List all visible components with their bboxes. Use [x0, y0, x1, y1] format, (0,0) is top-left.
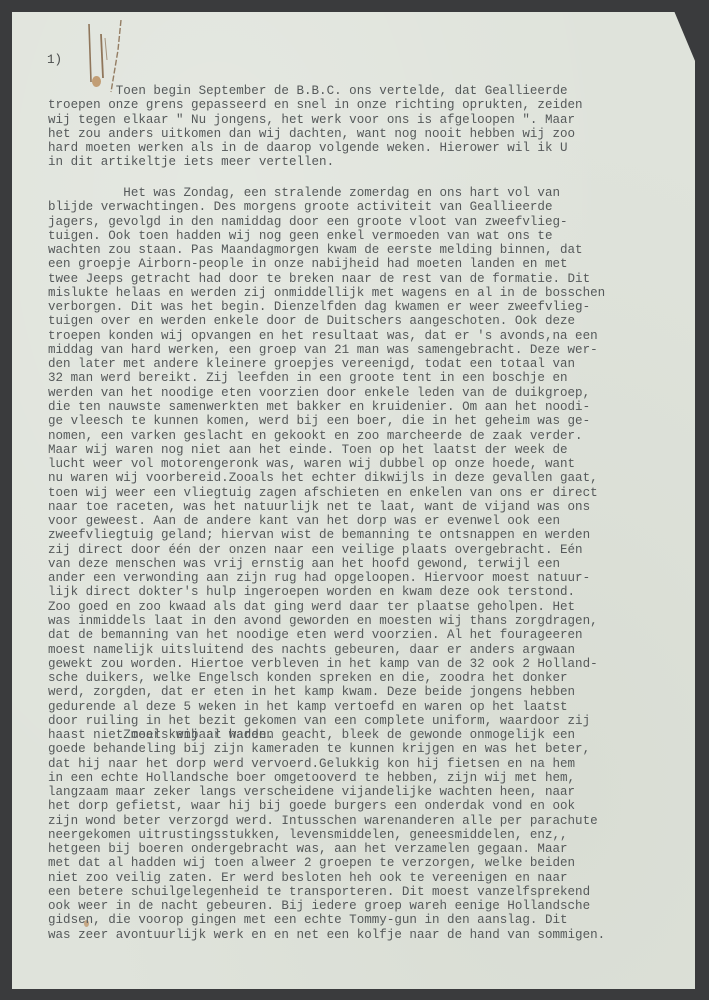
text-line: in een echte Hollandsche boer omgetoover… — [48, 771, 605, 785]
text-line: troepen konden wij opvangen en het resul… — [48, 329, 605, 343]
text-line: tuigen. Ook toen hadden wij nog geen enk… — [48, 229, 605, 243]
paragraph-3: Zooals wij al hadden geacht, bleek de ge… — [48, 728, 605, 942]
text-line: wachten zou staan. Pas Maandagmorgen kwa… — [48, 243, 605, 257]
text-line: verborgen. Dit was het begin. Dienzelfde… — [48, 300, 605, 314]
text-line: neergekomen uitrustingsstukken, levensmi… — [48, 828, 605, 842]
paragraph-2: Het was Zondag, een stralende zomerdag e… — [48, 186, 605, 742]
text-line: Toen begin September de B.B.C. ons verte… — [48, 84, 583, 98]
text-line: Zoo goed en zoo kwaad als dat ging werd … — [48, 600, 605, 614]
text-line: troepen onze grens gepasseerd en snel in… — [48, 98, 583, 112]
text-line: Het was Zondag, een stralende zomerdag e… — [48, 186, 605, 200]
text-line: twee Jeeps getracht had door te breken n… — [48, 272, 605, 286]
text-line: nu waren wij voorbereid.Zooals het echte… — [48, 471, 605, 485]
text-line: een groepje Airborn-people in onze nabij… — [48, 257, 605, 271]
text-line: een betere schuilgelegenheid te transpor… — [48, 885, 605, 899]
text-line: moest namelijk uitsluitend des nachts ge… — [48, 643, 605, 657]
text-line: ge vleesch te kunnen komen, werd bij een… — [48, 414, 605, 428]
text-line: langzaam maar zeker langs verscheidene v… — [48, 785, 605, 799]
paragraph-1: Toen begin September de B.B.C. ons verte… — [48, 84, 583, 170]
text-line: zweefvliegtuig geland; hiervan wist de b… — [48, 528, 605, 542]
text-line: tuigen over en werden enkele door de Dui… — [48, 314, 605, 328]
text-line: het zou anders uitkomen dan wij dachten,… — [48, 127, 583, 141]
text-line: wij tegen elkaar " Nu jongens, het werk … — [48, 113, 583, 127]
text-line: van deze menschen was vrij ernstig aan h… — [48, 557, 605, 571]
text-line: gidsen, die voorop gingen met een echte … — [48, 913, 605, 927]
text-line: lijk direct dokter's hulp ingeroepen wor… — [48, 585, 605, 599]
text-line: lucht weer vol motorengeronk was, waren … — [48, 457, 605, 471]
text-line: naar toe raceten, was het natuurlijk net… — [48, 500, 605, 514]
page-number: 1) — [47, 53, 62, 67]
text-line: het dorp gefietst, waar hij bij goede bu… — [48, 799, 605, 813]
text-line: in dit artikeltje iets meer vertellen. — [48, 155, 583, 169]
text-line: hard moeten werken als in de daarop volg… — [48, 141, 583, 155]
text-line: den later met andere kleinere groepjes v… — [48, 357, 605, 371]
text-line: was inmiddels laat in den avond geworden… — [48, 614, 605, 628]
text-line: mislukte helaas en werden zij onmiddelli… — [48, 286, 605, 300]
text-line: zij direct door één der onzen naar een v… — [48, 543, 605, 557]
text-line: was zeer avontuurlijk werk en en net een… — [48, 928, 605, 942]
text-line: middag van hard werken, een groep van 21… — [48, 343, 605, 357]
text-line: door ruiling in het bezit gekomen van ee… — [48, 714, 605, 728]
text-line: hetgeen bij boeren ondergebracht was, aa… — [48, 842, 605, 856]
text-line: Zooals wij al hadden geacht, bleek de ge… — [48, 728, 605, 742]
text-line: werden van het noodige eten voorzien doo… — [48, 386, 605, 400]
text-line: ander een verwonding aan zijn rug had op… — [48, 571, 605, 585]
text-line: gewekt zou worden. Hiertoe verbleven in … — [48, 657, 605, 671]
text-line: 32 man werd bereikt. Zij leefden in een … — [48, 371, 605, 385]
text-line: die ten nauwste samenwerkten met bakker … — [48, 400, 605, 414]
text-line: goede behandeling bij zijn kameraden te … — [48, 742, 605, 756]
text-line: sche duikers, welke Engelsch konden spre… — [48, 671, 605, 685]
text-line: met dat al hadden wij toen alweer 2 groe… — [48, 856, 605, 870]
text-line: dat de bemanning van het noodige eten we… — [48, 628, 605, 642]
text-line: gedurende al deze 5 weken in het kamp ve… — [48, 700, 605, 714]
text-line: voor geweest. Aan de andere kant van het… — [48, 514, 605, 528]
text-line: blijde verwachtingen. Des morgens groote… — [48, 200, 605, 214]
text-line: Maar wij waren nog niet aan het einde. T… — [48, 443, 605, 457]
text-line: ook weer in de nacht gebeuren. Bij ieder… — [48, 899, 605, 913]
text-line: toen wij weer een vliegtuig zagen afschi… — [48, 486, 605, 500]
text-line: nomen, een varken geslacht en gekookt en… — [48, 429, 605, 443]
text-line: niet zoo veilig zaten. Er werd besloten … — [48, 871, 605, 885]
text-line: dat hij naar het dorp werd vervoerd.Gelu… — [48, 757, 605, 771]
text-line: werd, zorgden, dat er eten in het kamp k… — [48, 685, 605, 699]
text-line: zijn wond beter verzorgd werd. Intussche… — [48, 814, 605, 828]
text-line: jagers, gevolgd in den namiddag door een… — [48, 215, 605, 229]
